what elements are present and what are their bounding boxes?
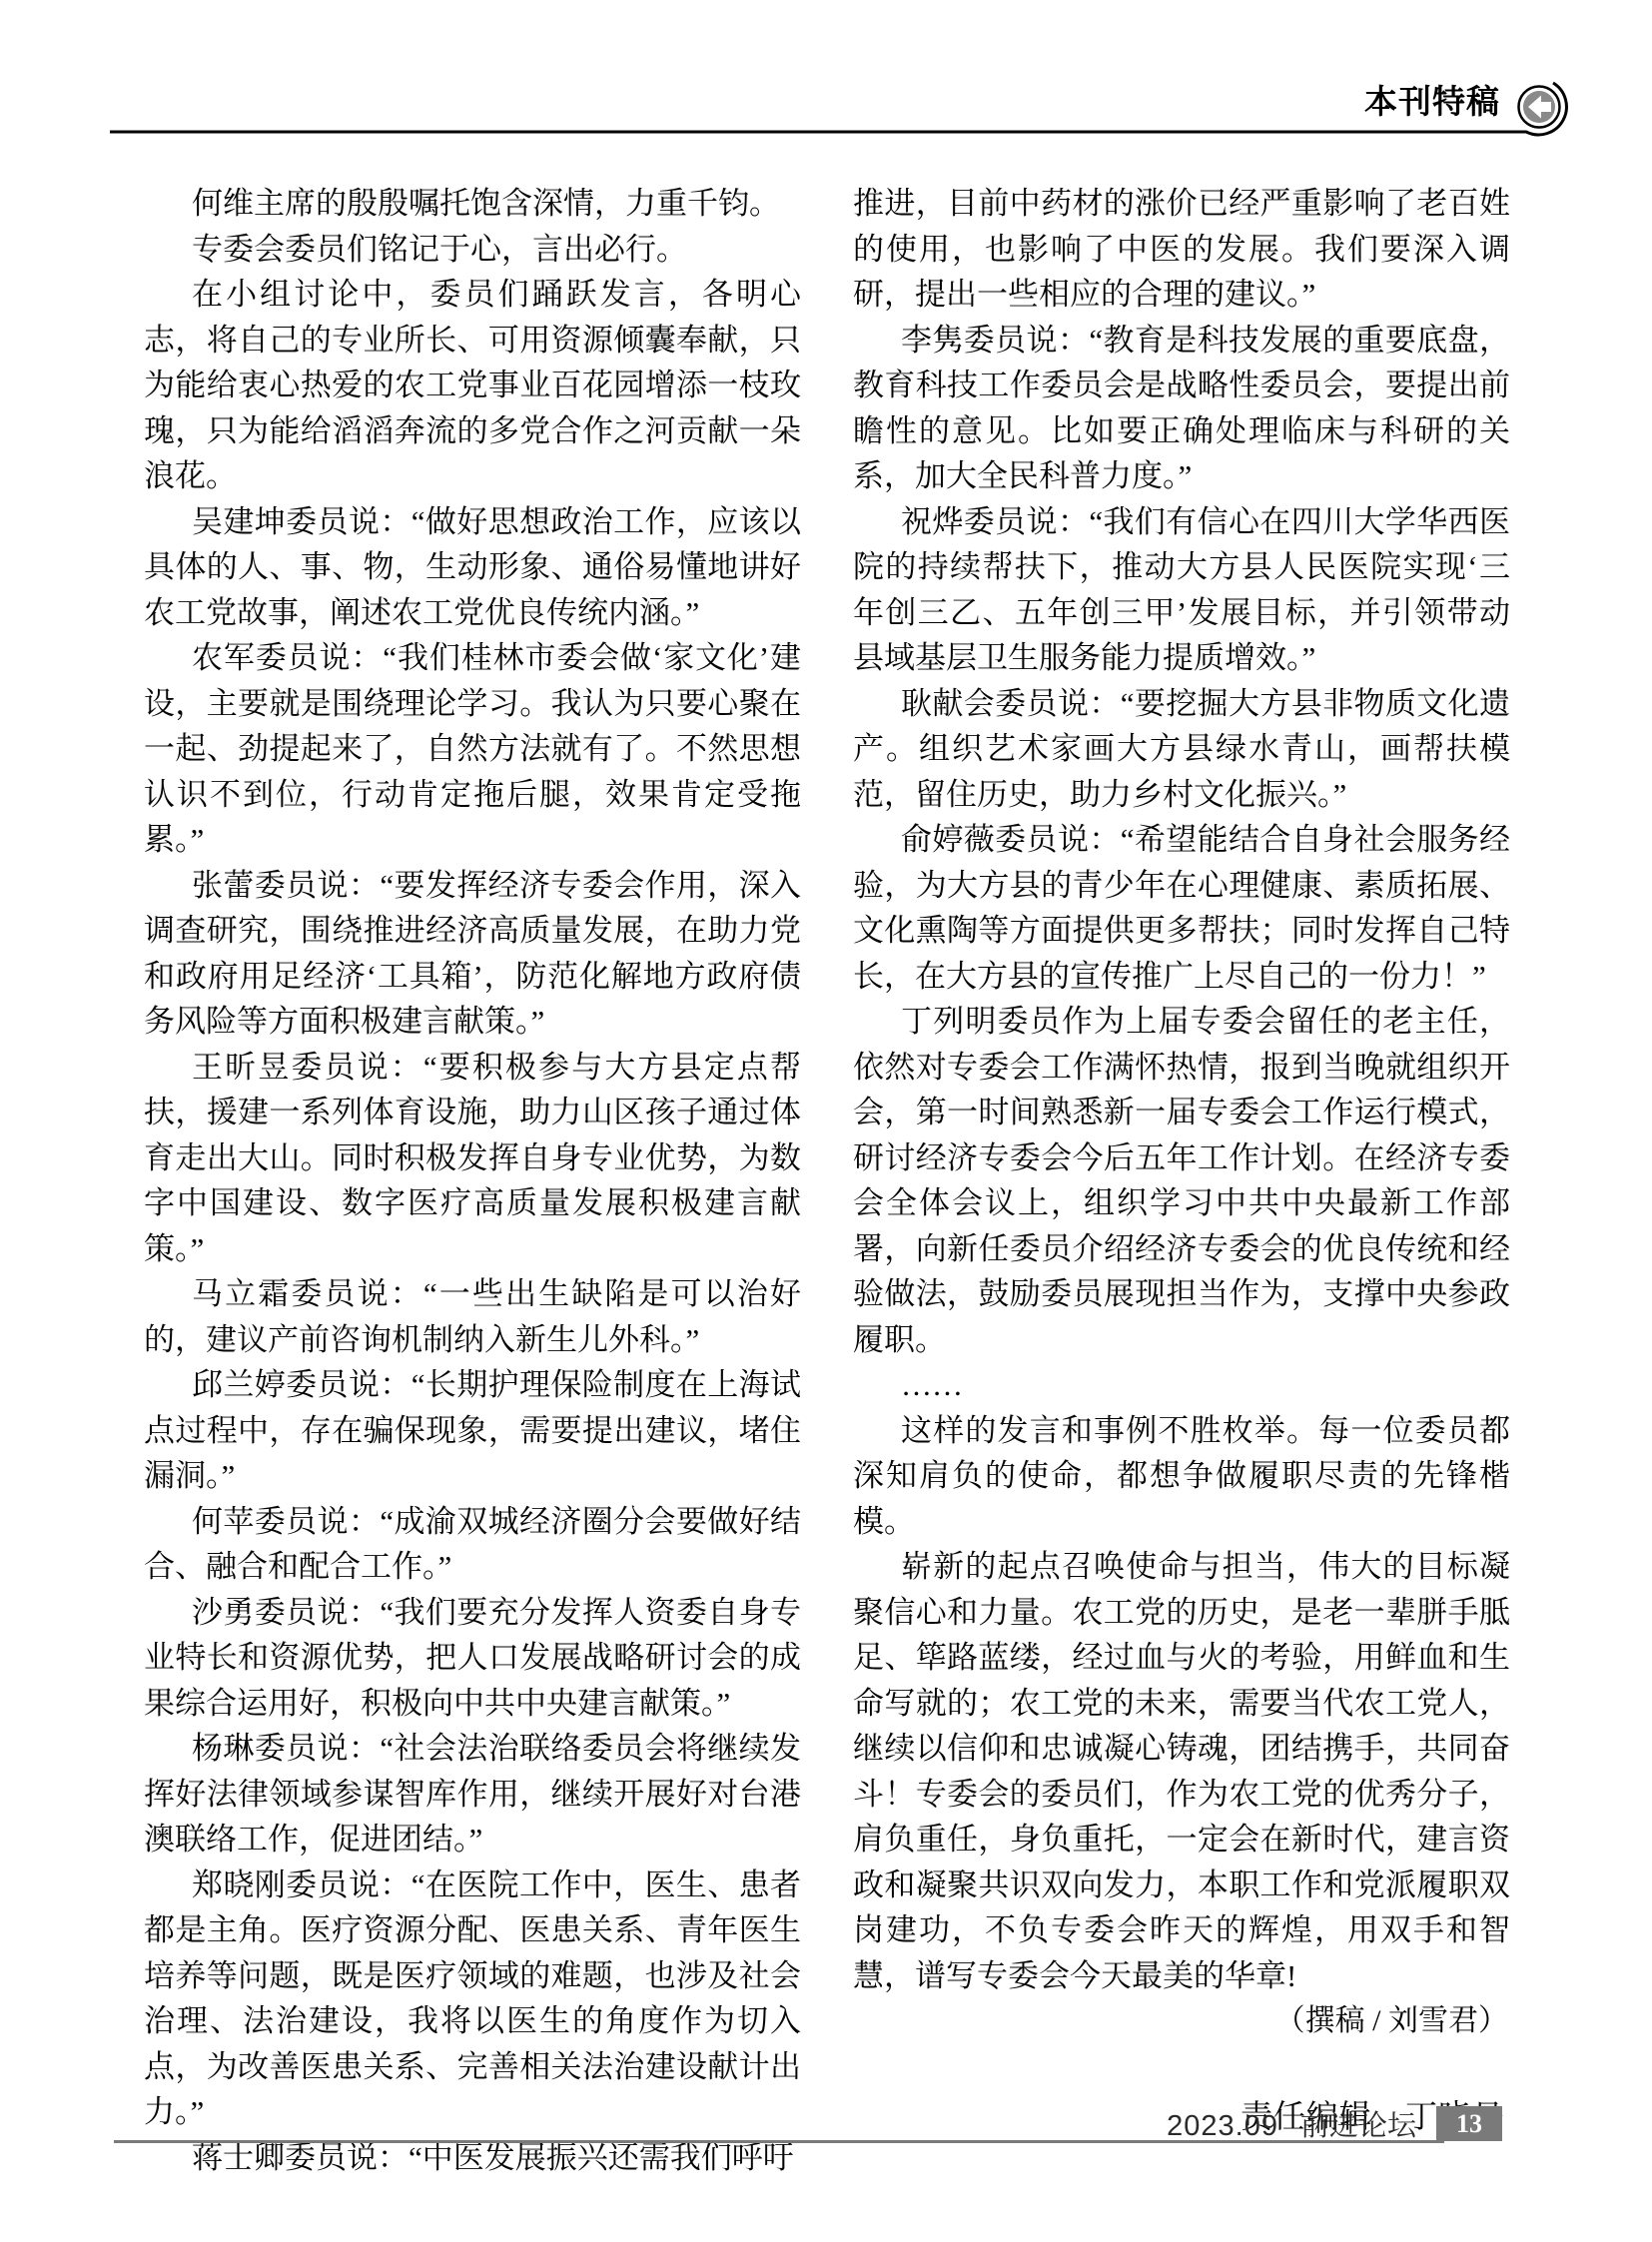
paragraph: 马立霜委员说：“一些出生缺陷是可以治好的，建议产前咨询机制纳入新生儿外科。” (144, 1271, 801, 1362)
paragraph: 祝烨委员说：“我们有信心在四川大学华西医院的持续帮扶下，推动大方县人民医院实现‘… (853, 499, 1510, 681)
footer-journal-name: 前进论坛 (1300, 2110, 1416, 2142)
section-label: 本刊特稿 (1364, 76, 1500, 123)
paragraph-continuation: 推进，目前中药材的涨价已经严重影响了老百姓的使用，也影响了中医的发展。我们要深入… (853, 181, 1510, 318)
paragraph: 杨琳委员说：“社会法治联络委员会将继续发挥好法律领域参谋智库作用，继续开展好对台… (144, 1726, 801, 1863)
paragraph: 何维主席的殷殷嘱托饱含深情，力重千钧。 (144, 181, 801, 227)
right-column: 推进，目前中药材的涨价已经严重影响了老百姓的使用，也影响了中医的发展。我们要深入… (853, 181, 1510, 2139)
paragraph: 这样的发言和事例不胜枚举。每一位委员都深知肩负的使命，都想争做履职尽责的先锋楷模… (853, 1408, 1510, 1545)
paragraph: 崭新的起点召唤使命与担当，伟大的目标凝聚信心和力量。农工党的历史，是老一辈胼手胝… (853, 1544, 1510, 1998)
paragraph: 郑晓刚委员说：“在医院工作中，医生、患者都是主角。医疗资源分配、医患关系、青年医… (144, 1863, 801, 2135)
paragraph: …… (853, 1362, 1510, 1408)
byline: （撰稿 / 刘雪君） (853, 1998, 1510, 2044)
left-column: 何维主席的殷殷嘱托饱含深情，力重千钧。专委会委员们铭记于心，言出必行。在小组讨论… (144, 181, 801, 2180)
paragraph: 李隽委员说：“教育是科技发展的重要底盘，教育科技工作委员会是战略性委员会，要提出… (853, 318, 1510, 499)
paragraph: 在小组讨论中，委员们踊跃发言，各明心志，将自己的专业所长、可用资源倾囊奉献，只为… (144, 272, 801, 499)
paragraph: 邱兰婷委员说：“长期护理保险制度在上海试点过程中，存在骗保现象，需要提出建议，堵… (144, 1362, 801, 1499)
paragraph: 农军委员说：“我们桂林市委会做‘家文化’建设，主要就是围绕理论学习。我认为只要心… (144, 635, 801, 863)
page-number-badge: 13 (1436, 2106, 1502, 2141)
paragraph: 沙勇委员说：“我们要充分发挥人资委自身专业特长和资源优势，把人口发展战略研讨会的… (144, 1590, 801, 1727)
footer-text: 2023.09前进论坛 (699, 2103, 1416, 2144)
paragraph: 何苹委员说：“成渝双城经济圈分会要做好结合、融合和配合工作。” (144, 1499, 801, 1590)
paragraph: 耿献会委员说：“要挖掘大方县非物质文化遗产。组织艺术家画大方县绿水青山，画帮扶模… (853, 681, 1510, 818)
paragraph: 吴建坤委员说：“做好思想政治工作，应该以具体的人、事、物，生动形象、通俗易懂地讲… (144, 499, 801, 636)
footer-issue: 2023.09 (1167, 2110, 1278, 2142)
magazine-page: 本刊特稿 何维主席的殷殷嘱托饱含深情，力重千钧。专委会委员们铭记于心，言出必行。… (0, 0, 1652, 2242)
paragraph: 专委会委员们铭记于心，言出必行。 (144, 227, 801, 273)
paragraph: 俞婷薇委员说：“希望能结合自身社会服务经验，为大方县的青少年在心理健康、素质拓展… (853, 817, 1510, 999)
paragraph: 张蕾委员说：“要发挥经济专委会作用，深入调查研究，围绕推进经济高质量发展，在助力… (144, 863, 801, 1045)
paragraph: 王昕昱委员说：“要积极参与大方县定点帮扶，援建一系列体育设施，助力山区孩子通过体… (144, 1045, 801, 1272)
back-arrow-icon (1513, 81, 1565, 133)
paragraph: 丁列明委员作为上届专委会留任的老主任，依然对专委会工作满怀热情，报到当晚就组织开… (853, 999, 1510, 1362)
